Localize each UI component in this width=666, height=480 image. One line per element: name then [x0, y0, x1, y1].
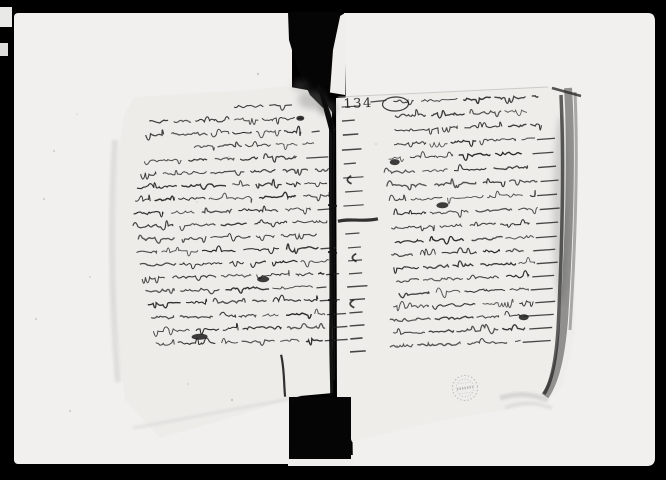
dust-speck [69, 410, 71, 412]
dust-speck [231, 399, 233, 401]
margin-heavy-dash [338, 219, 378, 222]
manuscript-scan: 134 [0, 0, 666, 480]
dust-speck [43, 198, 45, 200]
dust-speck [375, 143, 377, 145]
margin-tick [350, 338, 362, 339]
line-filler-dash [312, 131, 320, 132]
film-edge-notch [0, 43, 8, 56]
folio-number: 134 [343, 96, 373, 112]
dust-speck [228, 156, 230, 158]
scanned-book-spread: 134 [0, 0, 666, 480]
gutter-bottom-block [289, 397, 351, 459]
dust-speck [257, 73, 259, 75]
gutter-crease-shadow [334, 130, 335, 380]
film-edge-notch [0, 7, 12, 27]
dust-speck [196, 201, 197, 202]
dust-speck [53, 150, 55, 152]
dust-speck [505, 224, 507, 226]
dust-speck [35, 318, 37, 320]
dust-speck [89, 276, 91, 278]
margin-tick [343, 134, 359, 135]
gutter-crease-line [331, 118, 332, 396]
dust-speck [76, 113, 77, 114]
left-page [112, 86, 333, 438]
dust-speck [187, 383, 189, 385]
gutter-smoke [292, 80, 308, 92]
dust-speck [483, 288, 485, 290]
